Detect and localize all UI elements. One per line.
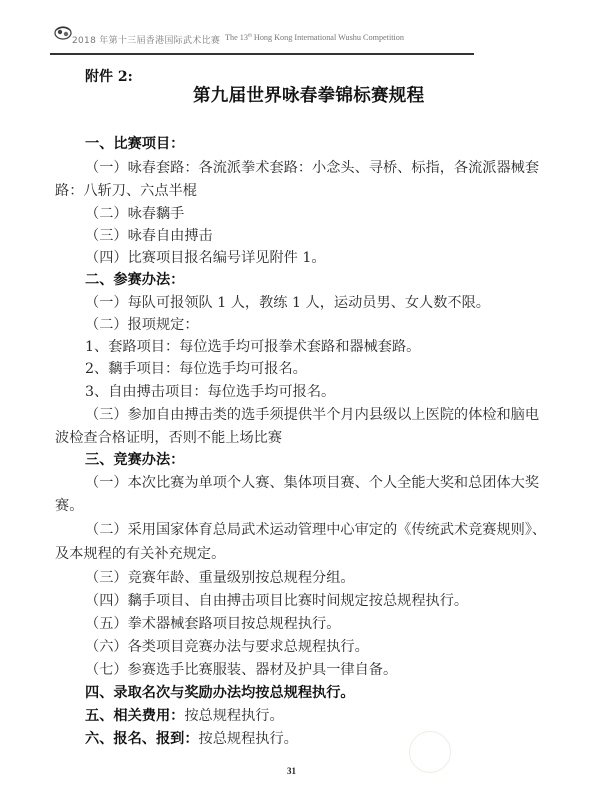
paragraph-line: 路：八斩刀、六点半棍 — [55, 183, 197, 199]
wushu-emblem-icon — [54, 26, 72, 40]
paragraph-line: 1、套路项目：每位选手均可报拳术套路和器械套路。 — [85, 339, 420, 355]
section-heading: 一、比赛项目： — [85, 136, 184, 152]
section-line: 五、相关费用：按总规程执行。 — [85, 708, 284, 724]
paragraph-line: （一）每队可报领队 1 人，教练 1 人，运动员男、女人数不限。 — [85, 295, 490, 311]
paragraph-line: （三）竞赛年龄、重量级别按总规程分组。 — [85, 570, 355, 586]
paragraph-line: （二）报项规定： — [85, 317, 199, 333]
paragraph-line: （一）本次比赛为单项个人赛、集体项目赛、个人全能大奖和总团体大奖 — [85, 475, 539, 491]
watermark-icon — [409, 731, 451, 773]
paragraph-line: 2、黐手项目：每位选手均可报名。 — [85, 361, 307, 377]
header-title-cn: 2018 年第十三屆香港国际武术比赛 — [72, 33, 220, 46]
section-body: 按总规程执行。 — [184, 708, 283, 724]
document-title: 第九届世界咏春拳锦标赛规程 — [193, 88, 424, 104]
attachment-label: 附件 2: — [85, 69, 133, 85]
paragraph-line: （三）参加自由搏击类的选手须提供半个月内县级以上医院的体检和脑电 — [85, 407, 539, 423]
section-heading: 二、参赛办法： — [85, 272, 184, 288]
paragraph-line: （二）咏春黐手 — [85, 206, 184, 222]
paragraph-line: （五）拳术器械套路项目按总规程执行。 — [85, 616, 340, 632]
section-heading: 六、报名、报到： — [85, 731, 199, 747]
paragraph-line: （七）参赛选手比赛服装、器材及护具一律自备。 — [85, 662, 397, 678]
header-divider — [50, 53, 474, 55]
section-body: 按总规程执行。 — [199, 731, 298, 747]
paragraph-line: （六）各类项目竞赛办法与要求总规程执行。 — [85, 639, 369, 655]
section-line: 六、报名、报到：按总规程执行。 — [85, 731, 298, 747]
paragraph-line: 及本规程的有关补充规定。 — [55, 546, 225, 562]
paragraph-line: （三）咏春自由搏击 — [85, 228, 213, 244]
paragraph-line: （二）采用国家体育总局武术运动管理中心审定的《传统武术竞赛规则》、 — [85, 522, 546, 538]
section-heading: 四、录取名次与奖励办法均按总规程执行。 — [85, 685, 355, 701]
paragraph-line: （一）咏春套路：各流派拳术套路：小念头、寻桥、标指，各流派器械套 — [85, 160, 539, 176]
header-title-en: The 13th Hong Kong International Wushu C… — [225, 33, 404, 42]
page-number: 31 — [287, 766, 296, 776]
paragraph-line: 赛。 — [55, 498, 83, 514]
paragraph-line: 波检查合格证明，否则不能上场比赛 — [55, 430, 282, 446]
section-heading: 三、竞赛办法： — [85, 452, 184, 468]
section-heading: 五、相关费用： — [85, 708, 184, 724]
paragraph-line: （四）比赛项目报名编号详见附件 1。 — [85, 250, 326, 266]
page-header: 2018 年第十三屆香港国际武术比赛 The 13th Hong Kong In… — [50, 22, 474, 54]
paragraph-line: （四）黐手项目、自由搏击项目比赛时间规定按总规程执行。 — [85, 593, 468, 609]
paragraph-line: 3、自由搏击项目：每位选手均可报名。 — [85, 384, 335, 400]
